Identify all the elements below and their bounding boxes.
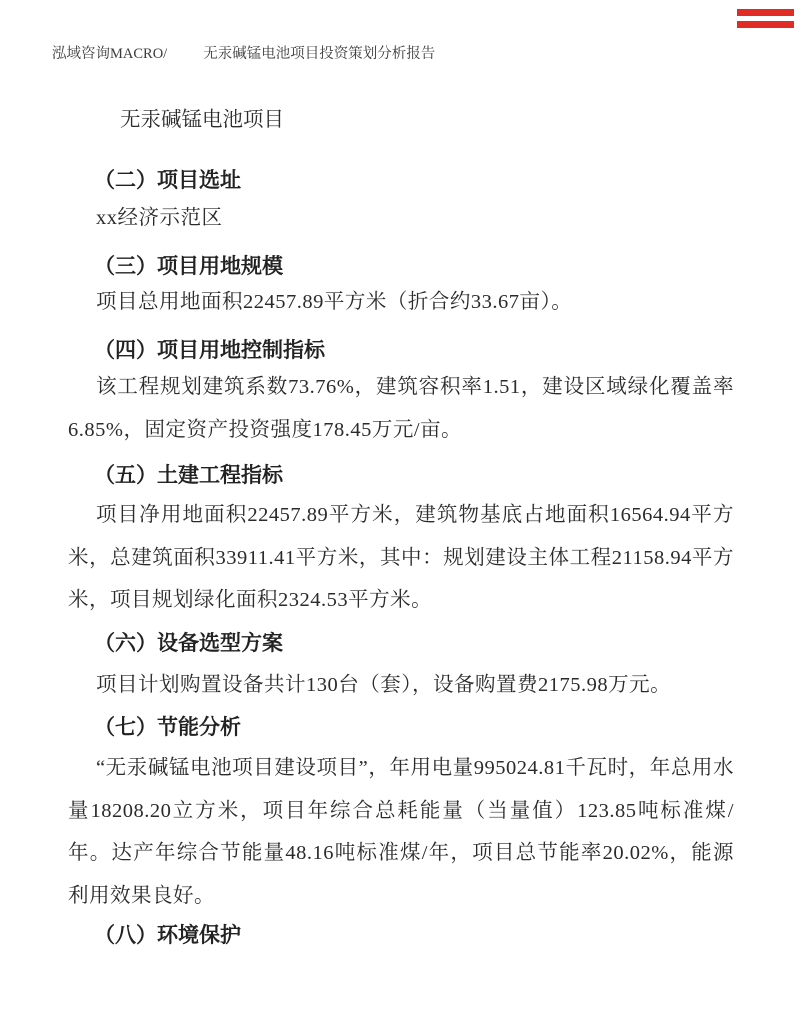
section-body-site: xx经济示范区 <box>68 197 734 240</box>
header-doc-title: 无汞碱锰电池项目投资策划分析报告 <box>203 44 435 64</box>
section-body-land-scale: 项目总用地面积22457.89平方米（折合约33.67亩）。 <box>68 281 734 324</box>
section-body-land-control: 该工程规划建筑系数73.76%，建筑容积率1.51，建设区域绿化覆盖率6.85%… <box>68 366 734 451</box>
section-body-energy: “无汞碱锰电池项目建设项目”，年用电量995024.81千瓦时，年总用水量182… <box>68 747 734 917</box>
section-heading-energy: （七）节能分析 <box>68 706 760 749</box>
section-heading-environment: （八）环境保护 <box>68 914 760 957</box>
document-page: 泓域咨询MACRO/ 无汞碱锰电池项目投资策划分析报告 无汞碱锰电池项目 （二）… <box>0 0 800 1036</box>
section-heading-site: （二）项目选址 <box>68 159 760 202</box>
section-heading-equipment: （六）设备选型方案 <box>68 622 760 665</box>
brand-stripe-icon-top <box>737 9 794 16</box>
section-body-equipment: 项目计划购置设备共计130台（套），设备购置费2175.98万元。 <box>68 664 734 707</box>
section-body-civil-works: 项目净用地面积22457.89平方米，建筑物基底占地面积16564.94平方米，… <box>68 494 734 622</box>
brand-stripe-icon-bottom <box>737 21 794 28</box>
header-brand: 泓域咨询MACRO/ <box>52 44 167 64</box>
page-title: 无汞碱锰电池项目 <box>120 106 284 134</box>
running-header: 泓域咨询MACRO/ 无汞碱锰电池项目投资策划分析报告 <box>52 44 435 64</box>
section-heading-civil-works: （五）土建工程指标 <box>68 454 760 497</box>
